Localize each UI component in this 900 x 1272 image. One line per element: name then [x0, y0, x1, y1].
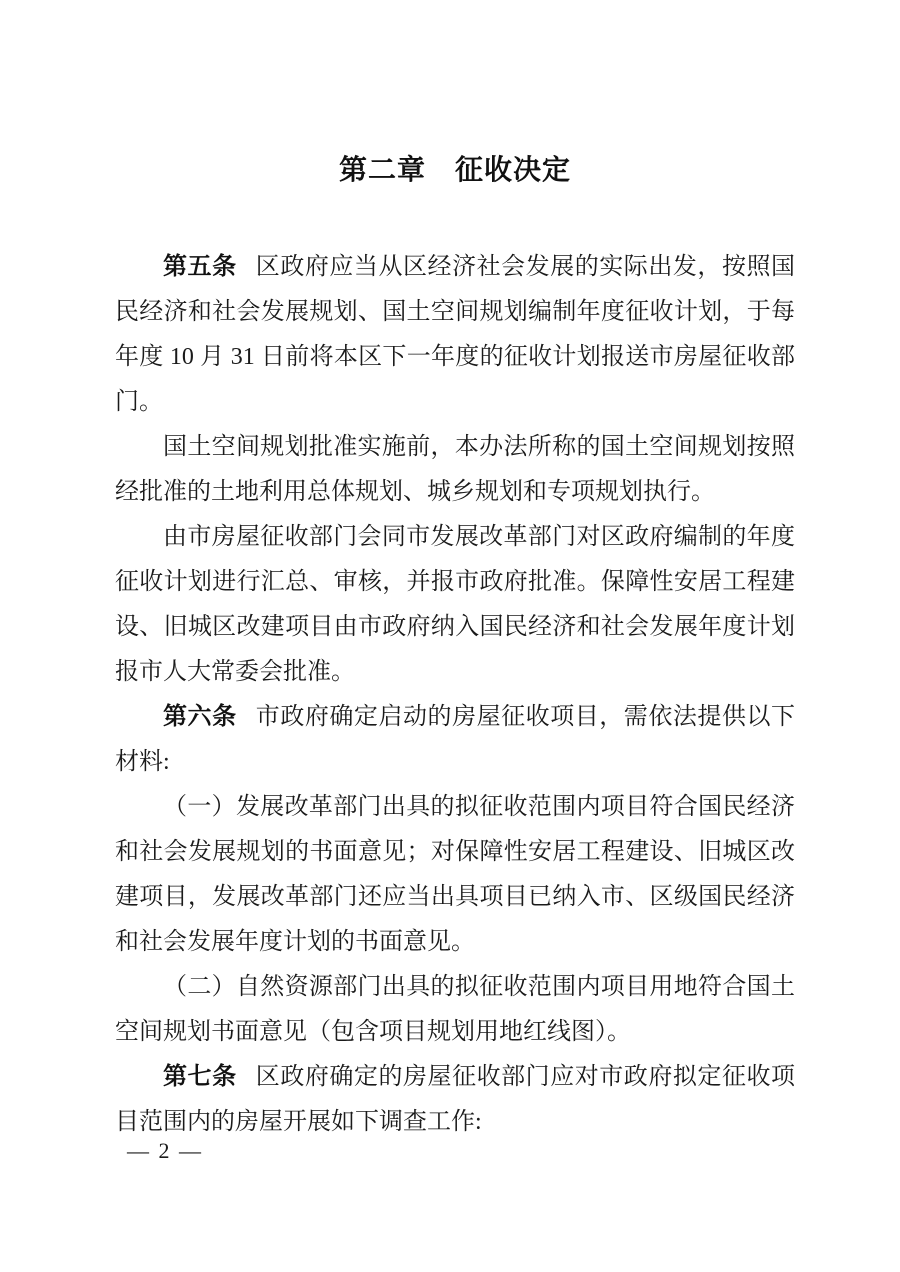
paragraph: 由市房屋征收部门会同市发展改革部门对区政府编制的年度征收计划进行汇总、审核，并报…: [115, 515, 795, 695]
document-page: 第二章 征收决定 第五条区政府应当从区经济社会发展的实际出发，按照国民经济和社会…: [0, 0, 900, 1272]
article-7-label: 第七条: [163, 1064, 237, 1090]
paragraph-text: （一）发展改革部门出具的拟征收范围内项目符合国民经济和社会发展规划的书面意见；对…: [115, 794, 795, 955]
document-body: 第二章 征收决定 第五条区政府应当从区经济社会发展的实际出发，按照国民经济和社会…: [115, 150, 795, 1145]
paragraph-item-1: （一）发展改革部门出具的拟征收范围内项目符合国民经济和社会发展规划的书面意见；对…: [115, 785, 795, 965]
paragraph-item-2: （二）自然资源部门出具的拟征收范围内项目用地符合国土空间规划书面意见（包含项目规…: [115, 965, 795, 1055]
paragraph: 国土空间规划批准实施前，本办法所称的国土空间规划按照经批准的土地利用总体规划、城…: [115, 425, 795, 515]
footer-page-number: — 2 —: [127, 1136, 203, 1166]
paragraph-text: 由市房屋征收部门会同市发展改革部门对区政府编制的年度征收计划进行汇总、审核，并报…: [115, 524, 795, 685]
paragraph-text: 国土空间规划批准实施前，本办法所称的国土空间规划按照经批准的土地利用总体规划、城…: [115, 434, 795, 505]
article-6-label: 第六条: [163, 704, 237, 730]
paragraph-article-7: 第七条区政府确定的房屋征收部门应对市政府拟定征收项目范围内的房屋开展如下调查工作…: [115, 1055, 795, 1145]
chapter-title: 第二章 征收决定: [115, 150, 795, 192]
article-5-label: 第五条: [163, 254, 237, 280]
paragraph-article-6: 第六条市政府确定启动的房屋征收项目，需依法提供以下材料:: [115, 695, 795, 785]
paragraph-text: （二）自然资源部门出具的拟征收范围内项目用地符合国土空间规划书面意见（包含项目规…: [115, 974, 795, 1045]
paragraph-article-5: 第五条区政府应当从区经济社会发展的实际出发，按照国民经济和社会发展规划、国土空间…: [115, 245, 795, 425]
